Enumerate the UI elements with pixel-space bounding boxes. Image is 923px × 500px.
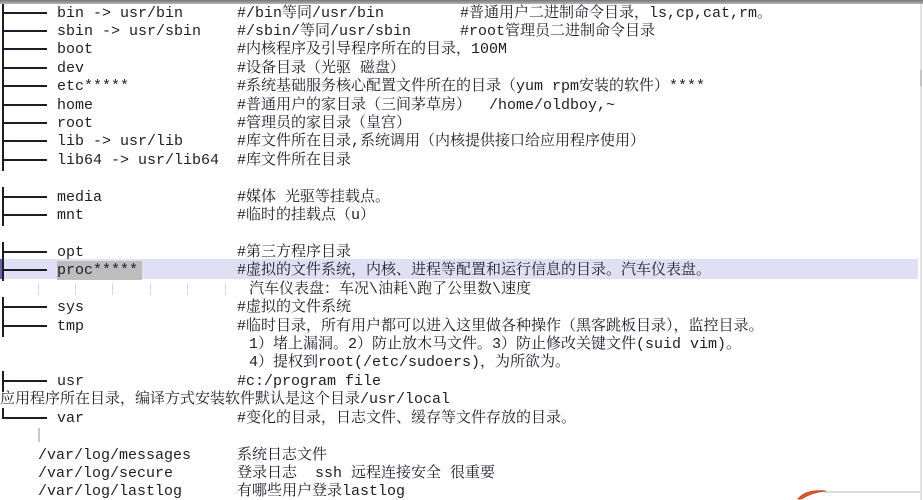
line-segment: lib64 -> usr/lib64: [57, 151, 219, 170]
line-segment: #/bin等同/usr/bin: [237, 4, 384, 23]
tree-row-opt: opt#第三方程序目录: [0, 243, 923, 262]
line-segment: sys: [57, 298, 84, 317]
line-segment: 1）堵上漏洞。2）防止放木马文件。3）防止修改关键文件(suid vim)。: [249, 335, 741, 354]
tree-row-home: home#普通用户的家目录（三间茅草房） /home/oldboy,~: [0, 96, 923, 115]
line-segment: #普通用户的家目录（三间茅草房） /home/oldboy,~: [237, 96, 615, 115]
line-segment: #c:/program file: [237, 372, 381, 391]
tree-branch-icon: [2, 372, 47, 391]
line-segment: 4）提权到root(/etc/sudoers)，为所欲为。: [249, 353, 570, 372]
log-row-messages: /var/log/messages系统日志文件: [0, 446, 923, 465]
scrollbar-thumb[interactable]: [920, 70, 922, 86]
line-segment: bin -> usr/bin: [57, 4, 183, 23]
tab-stop-tick: [75, 283, 76, 295]
tree-row-boot: boot#内核程序及引导程序所在的目录，100M: [0, 40, 923, 59]
line-segment: 有哪些用户登录lastlog: [237, 482, 405, 500]
tab-stop-tick: [112, 283, 113, 295]
line-segment: dev: [57, 59, 84, 78]
line-segment: 登录日志 ssh 远程连接安全 很重要: [237, 464, 495, 483]
tree-row-root: root#管理员的家目录（皇宫）: [0, 114, 923, 133]
line-segment: #设备目录（光驱 磁盘）: [237, 59, 405, 78]
tree-branch-icon: [2, 59, 47, 78]
tree-corner-icon: [2, 409, 47, 428]
tab-stop-tick: [225, 283, 226, 295]
continuation-line: 4）提权到root(/etc/sudoers)，为所欲为。: [0, 353, 923, 372]
text-cursor: [38, 428, 40, 442]
tree-branch-icon: [2, 206, 47, 225]
line-segment: mnt: [57, 206, 84, 225]
tree-row-mnt: mnt#临时的挂载点（u）: [0, 206, 923, 225]
tree-row-media: media#媒体 光驱等挂载点。: [0, 188, 923, 207]
line-segment: #虚拟的文件系统，内核、进程等配置和运行信息的目录。汽车仪表盘。: [237, 261, 711, 280]
line-segment: #系统基础服务核心配置文件所在的目录（yum rpm安装的软件）****: [237, 77, 705, 96]
line-segment: opt: [57, 243, 84, 262]
line-segment: #虚拟的文件系统: [237, 298, 351, 317]
tree-branch-icon: [2, 188, 47, 207]
document-body[interactable]: bin -> usr/bin#/bin等同/usr/bin#普通用户二进制命令目…: [0, 0, 923, 500]
line-segment: #库文件所在目录,系统调用（内核提供接口给应用程序使用）: [237, 132, 645, 151]
tree-row-tmp: tmp#临时目录，所有用户都可以进入这里做各种操作（黑客跳板目录），监控目录。: [0, 317, 923, 336]
line-segment: lib -> usr/lib: [57, 132, 183, 151]
blank-line: [0, 225, 923, 244]
line-segment: boot: [57, 40, 93, 59]
line-segment: #临时的挂载点（u）: [237, 206, 375, 225]
line-segment: 汽车仪表盘：车况\油耗\跑了公里数\速度: [249, 280, 531, 299]
line-segment: sbin -> usr/sbin: [57, 22, 201, 41]
line-segment: /var/log/lastlog: [38, 482, 182, 500]
tree-branch-icon: [2, 40, 47, 59]
line-segment: #root管理员二进制命令目录: [460, 22, 655, 41]
tree-row-sys: sys#虚拟的文件系统: [0, 298, 923, 317]
blank-line: [0, 169, 923, 188]
tree-branch-icon: [2, 298, 47, 317]
continuation-line: 1）堵上漏洞。2）防止放木马文件。3）防止修改关键文件(suid vim)。: [0, 335, 923, 354]
tree-branch-icon: [2, 4, 47, 23]
tab-stop-tick: [38, 283, 39, 295]
orange-swoosh-icon: [797, 487, 827, 500]
line-segment: #临时目录，所有用户都可以进入这里做各种操作（黑客跳板目录），监控目录。: [237, 317, 764, 336]
tree-branch-icon: [2, 243, 47, 262]
line-segment: 系统日志文件: [237, 446, 327, 465]
line-segment: home: [57, 96, 93, 115]
line-segment: #内核程序及引导程序所在的目录，100M: [237, 40, 507, 59]
line-segment: #普通用户二进制命令目录，ls,cp,cat,rm。: [460, 4, 772, 23]
line-segment: #库文件所在目录: [237, 151, 351, 170]
log-row-secure: /var/log/secure登录日志 ssh 远程连接安全 很重要: [0, 464, 923, 483]
tree-row-lib64: lib64 -> usr/lib64#库文件所在目录: [0, 151, 923, 170]
line-segment: #第三方程序目录: [237, 243, 351, 262]
log-row-lastlog: /var/log/lastlog有哪些用户登录lastlog: [0, 482, 923, 500]
tree-branch-icon: [2, 261, 47, 280]
tree-branch-icon: [2, 96, 47, 115]
tab-stop-tick: [150, 283, 151, 295]
line-segment: tmp: [57, 317, 84, 336]
tree-branch-icon: [2, 132, 47, 151]
line-segment: /var/log/secure: [38, 464, 173, 483]
line-segment: etc*****: [57, 77, 129, 96]
line-segment: #管理员的家目录（皇宫）: [237, 114, 411, 133]
note-line: 应用程序所在目录，编译方式安装软件默认是这个目录/usr/local: [0, 390, 923, 409]
tree-row-var: var#变化的目录，日志文件、缓存等文件存放的目录。: [0, 409, 923, 428]
line-segment: media: [57, 188, 102, 207]
continuation-line: 汽车仪表盘：车况\油耗\跑了公里数\速度: [0, 280, 923, 299]
line-segment: #媒体 光驱等挂载点。: [237, 188, 390, 207]
tree-branch-icon: [2, 22, 47, 41]
tree-branch-icon: [2, 114, 47, 133]
line-segment: 应用程序所在目录，编译方式安装软件默认是这个目录/usr/local: [0, 390, 450, 409]
line-segment: #变化的目录，日志文件、缓存等文件存放的目录。: [237, 409, 576, 428]
tree-row-bin: bin -> usr/bin#/bin等同/usr/bin#普通用户二进制命令目…: [0, 4, 923, 23]
line-segment: usr: [57, 372, 84, 391]
tree-row-proc: proc*****#虚拟的文件系统，内核、进程等配置和运行信息的目录。汽车仪表盘…: [0, 261, 923, 280]
tree-row-dev: dev#设备目录（光驱 磁盘）: [0, 59, 923, 78]
tree-row-usr: usr#c:/program file: [0, 372, 923, 391]
line-segment: root: [57, 114, 93, 133]
tree-branch-icon: [2, 77, 47, 96]
bottom-divider-line: [824, 491, 920, 493]
tree-branch-icon: [2, 317, 47, 336]
tree-row-etc: etc*****#系统基础服务核心配置文件所在的目录（yum rpm安装的软件）…: [0, 77, 923, 96]
line-segment: var: [57, 409, 84, 428]
line-segment: /var/log/messages: [38, 446, 191, 465]
tree-row-sbin: sbin -> usr/sbin#/sbin/等同/usr/sbin#root管…: [0, 22, 923, 41]
blank-line: [0, 427, 923, 446]
document-window: bin -> usr/bin#/bin等同/usr/bin#普通用户二进制命令目…: [0, 0, 923, 500]
window-top-border: [0, 0, 923, 4]
selected-text: proc*****: [57, 261, 138, 280]
tab-stop-tick: [187, 283, 188, 295]
line-segment: #/sbin/等同/usr/sbin: [237, 22, 411, 41]
tree-branch-icon: [2, 151, 47, 170]
tree-row-lib: lib -> usr/lib#库文件所在目录,系统调用（内核提供接口给应用程序使…: [0, 132, 923, 151]
